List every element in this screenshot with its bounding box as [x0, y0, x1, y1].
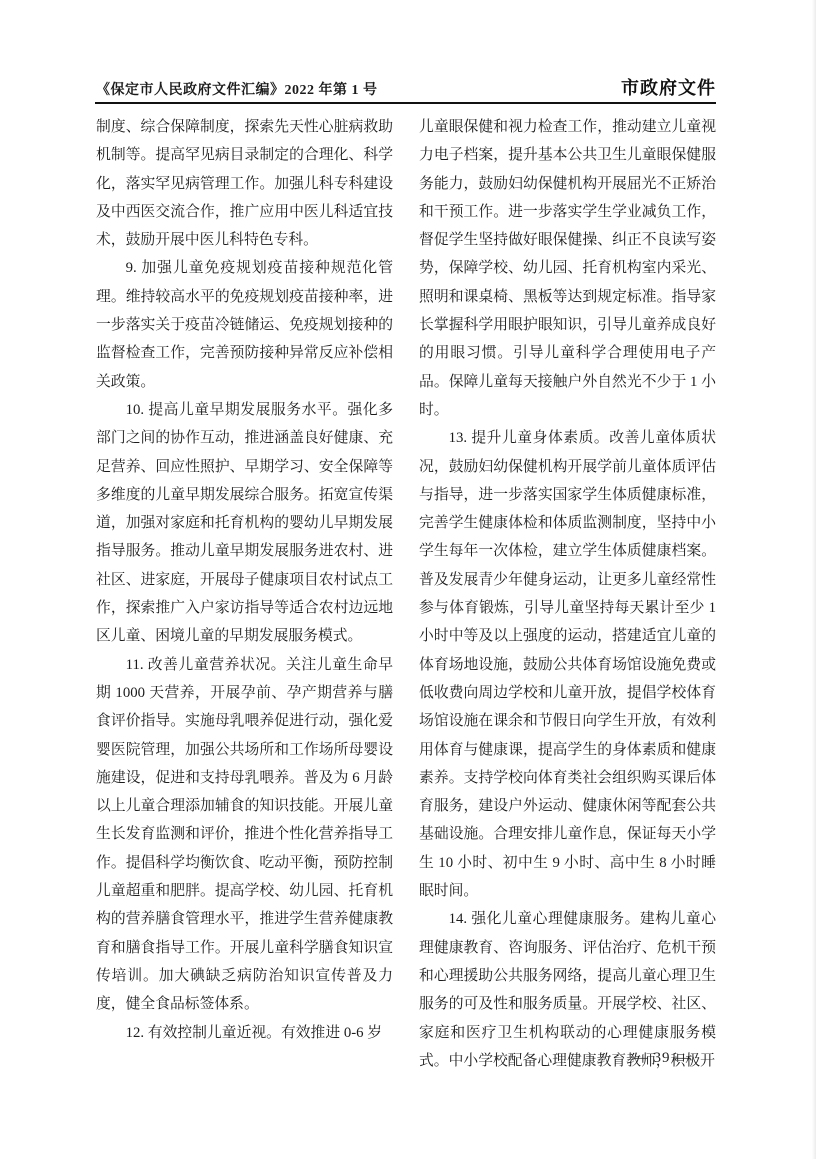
document-category-label: 市政府文件	[621, 74, 716, 100]
paragraph: 13. 提升儿童身体素质。改善儿童体质状况，鼓励妇幼保健机构开展学前儿童体质评估…	[419, 424, 716, 905]
header-rule	[95, 102, 716, 104]
body-columns: 制度、综合保障制度，探索先天性心脏病救助机制等。提高罕见病目录制定的合理化、科学…	[96, 113, 716, 1075]
document-page: 《保定市人民政府文件汇编》2022 年第 1 号 市政府文件 制度、综合保障制度…	[0, 0, 816, 1159]
right-column: 儿童眼保健和视力检查工作，推动建立儿童视力电子档案，提升基本公共卫生儿童眼保健服…	[419, 113, 716, 1075]
page-header: 《保定市人民政府文件汇编》2022 年第 1 号 市政府文件	[96, 74, 716, 100]
paragraph: 11. 改善儿童营养状况。关注儿童生命早期 1000 天营养，开展孕前、孕产期营…	[96, 651, 393, 1019]
compilation-title: 《保定市人民政府文件汇编》2022 年第 1 号	[96, 79, 378, 99]
paragraph: 儿童眼保健和视力检查工作，推动建立儿童视力电子档案，提升基本公共卫生儿童眼保健服…	[419, 113, 716, 424]
paragraph: 12. 有效控制儿童近视。有效推进 0-6 岁	[96, 1019, 393, 1047]
paragraph: 10. 提高儿童早期发展服务水平。强化多部门之间的协作互动，推进涵盖良好健康、充…	[96, 396, 393, 651]
left-column: 制度、综合保障制度，探索先天性心脏病救助机制等。提高罕见病目录制定的合理化、科学…	[96, 113, 393, 1075]
paragraph: 制度、综合保障制度，探索先天性心脏病救助机制等。提高罕见病目录制定的合理化、科学…	[96, 113, 393, 254]
page-number: — 39 —	[612, 1048, 712, 1068]
paragraph: 9. 加强儿童免疫规划疫苗接种规范化管理。维持较高水平的免疫规划疫苗接种率，进一…	[96, 254, 393, 395]
scan-edge-artifact	[812, 0, 816, 1159]
